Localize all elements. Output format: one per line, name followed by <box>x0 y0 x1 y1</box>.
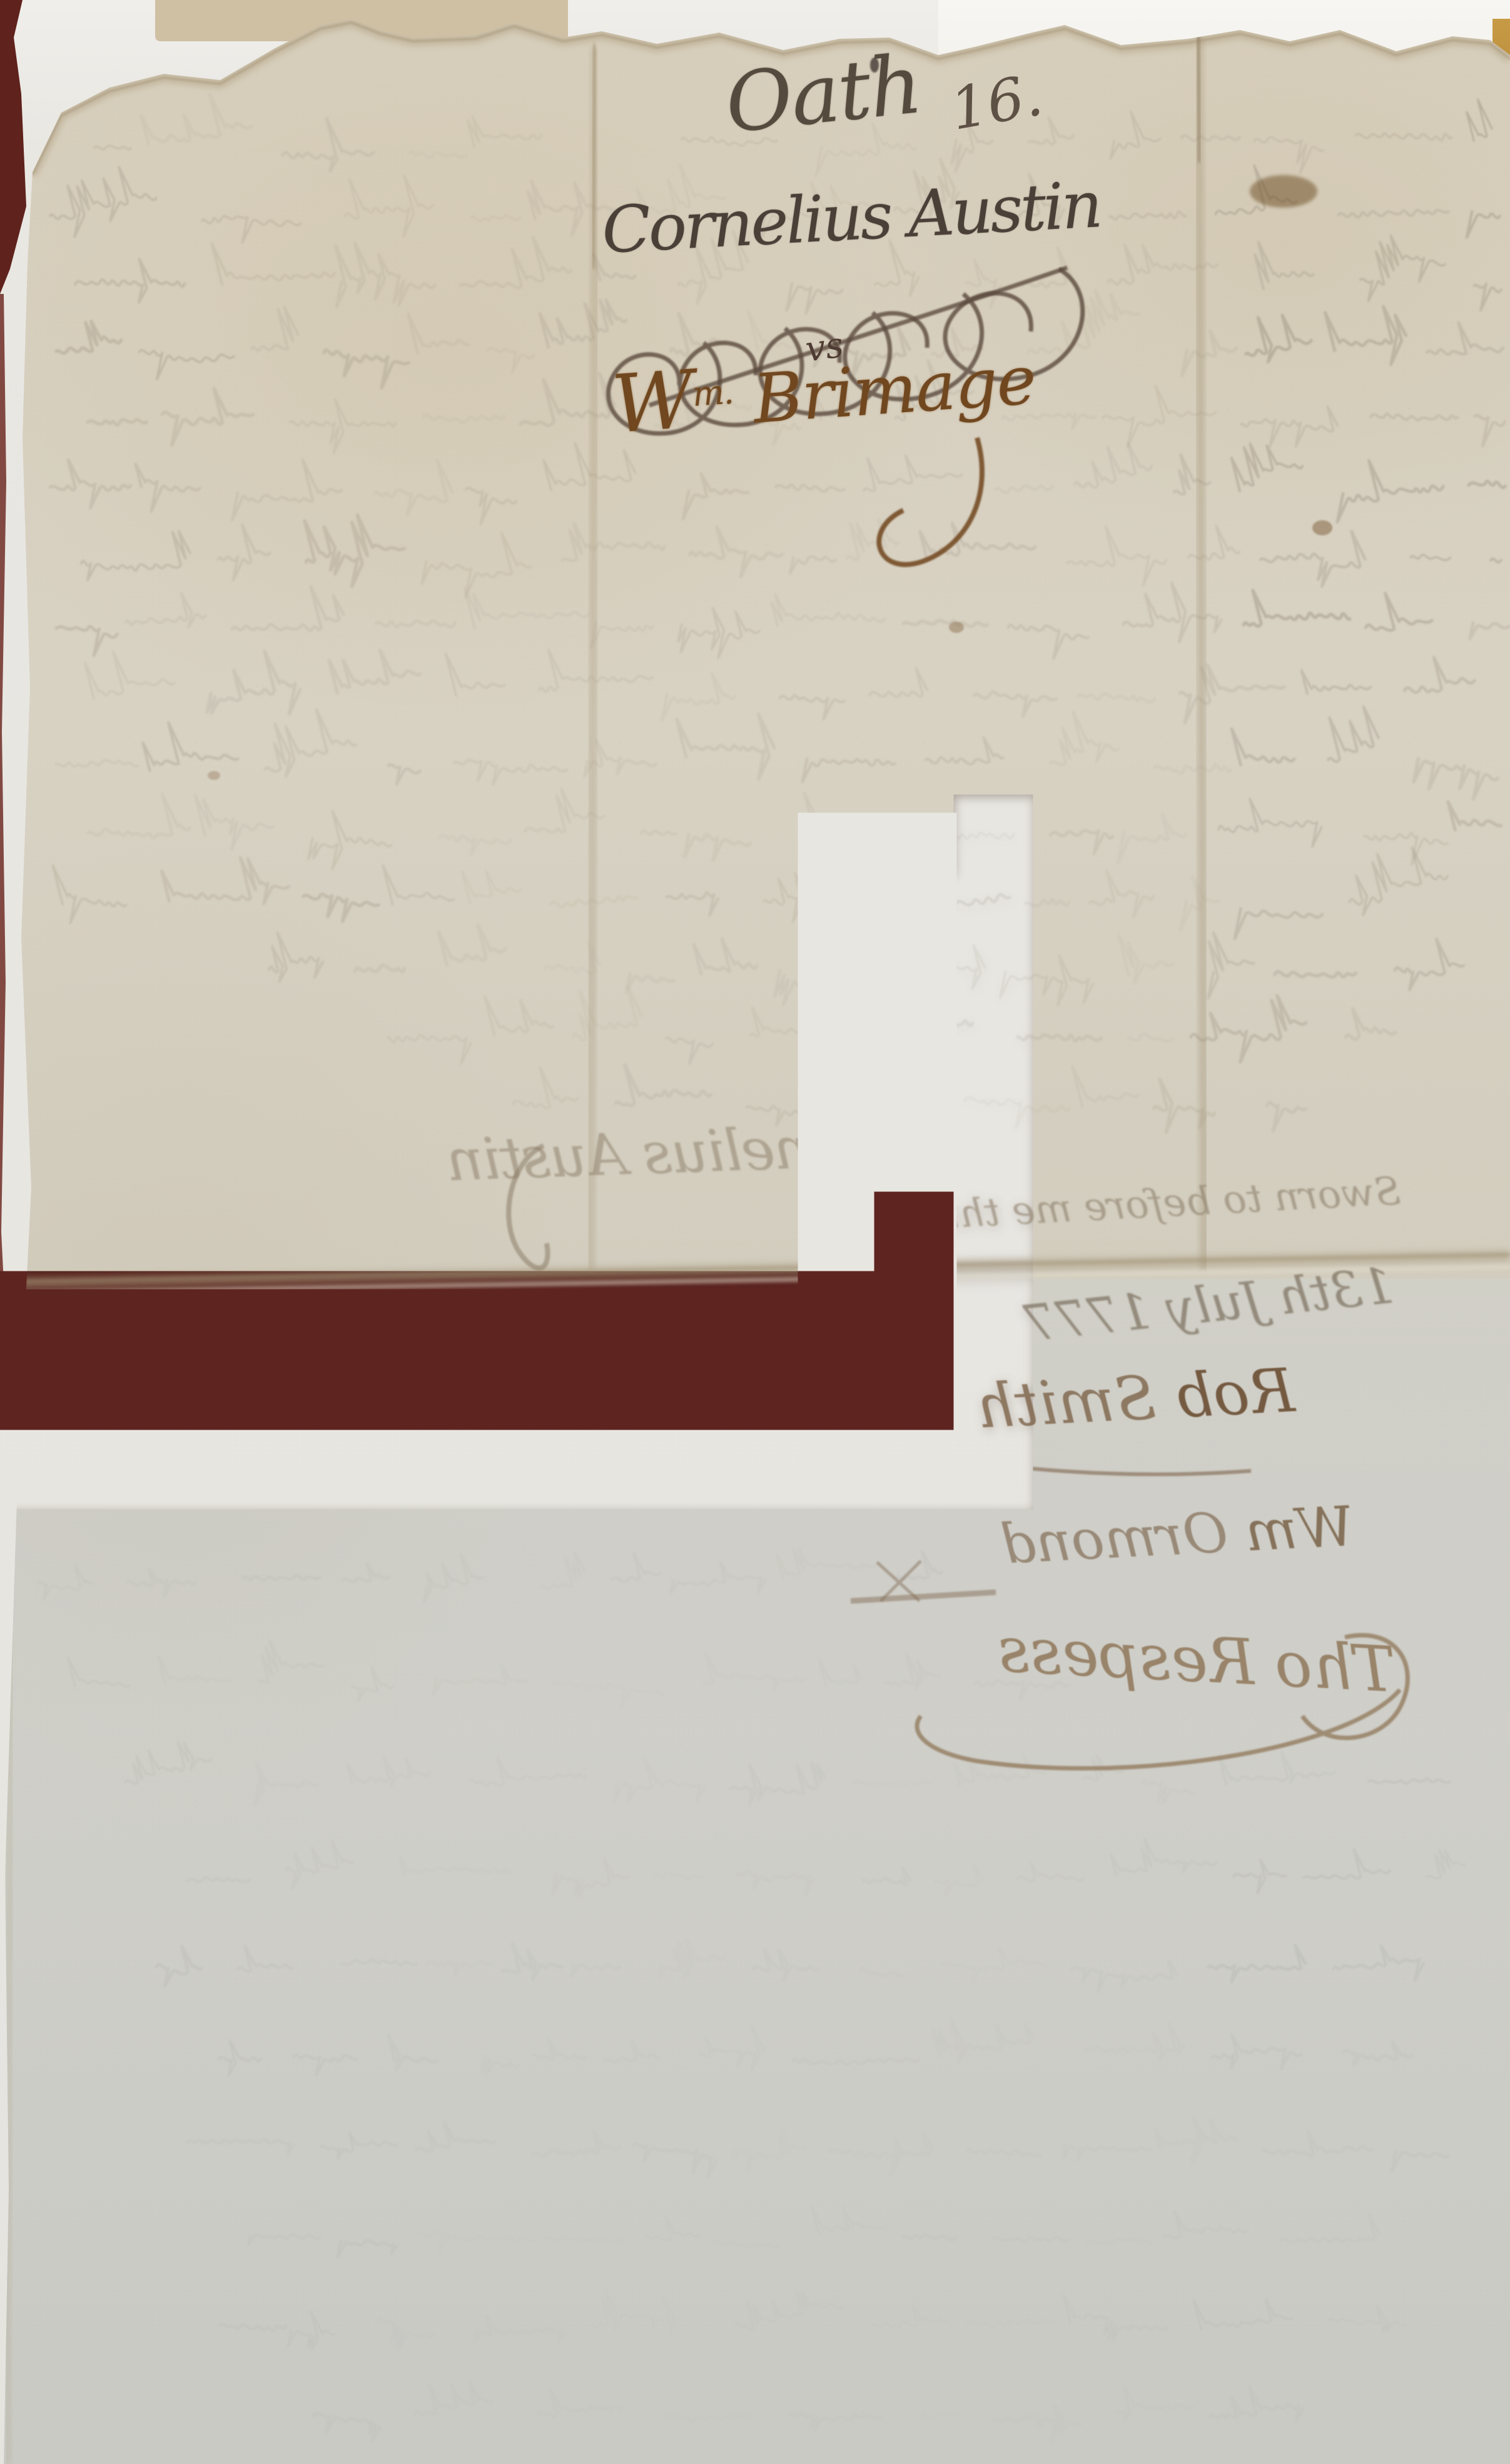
rust-speck <box>208 771 220 780</box>
bleedthrough-scrawl-line <box>81 515 1501 597</box>
vertical-crease-left-dark <box>593 44 595 269</box>
bleedthrough-brace: { <box>796 1184 887 1356</box>
bleedthrough-scrawl-line <box>188 2119 1448 2177</box>
vertical-crease-right-dark <box>1198 22 1200 163</box>
ink-dot-mid <box>949 622 964 633</box>
defendant-superscript: m. <box>691 372 734 414</box>
photograph-of-manuscript: Cornelius Austin Sworn to before me this… <box>0 0 1510 2464</box>
bleedthrough-scrawl-line <box>88 789 1501 869</box>
ink-blotch <box>1250 175 1317 208</box>
signature-1-rest: Smith <box>974 1361 1177 1442</box>
bleedthrough-scrawl-line <box>94 94 541 171</box>
signature-3-start: Tho <box>1273 1627 1396 1707</box>
bleedthrough-scrawl-line <box>53 847 1448 939</box>
bleedthrough-scrawl-line <box>56 583 1509 659</box>
signature1-paraph <box>920 1456 1251 1496</box>
docket-heading: Oath <box>722 43 925 144</box>
bleedthrough-scrawl-line <box>269 925 1464 1006</box>
signature-3-rest: Respess <box>996 1613 1277 1700</box>
bleedthrough-scrawl-line <box>188 1839 1465 1896</box>
bleedthrough-scrawl-line <box>156 1941 1423 1992</box>
ink-dot-right <box>1312 520 1332 535</box>
bleedthrough-scrawl-line <box>219 2290 1406 2350</box>
bleedthrough-scrawl-line <box>219 2019 1411 2078</box>
signature2-underline <box>851 1592 996 1601</box>
signature-2-start: Wm <box>1244 1494 1355 1564</box>
signature-1-start: Rob <box>1173 1355 1296 1431</box>
defendant-initial: W <box>609 354 696 452</box>
bleedthrough-scrawl-line <box>388 986 1396 1065</box>
manuscript-sheet: Cornelius Austin Sworn to before me this… <box>0 0 1510 2464</box>
bleedthrough-scrawl-line <box>50 443 1505 524</box>
docket-number: 16. <box>946 66 1046 139</box>
signature-2-rest: Ormond <box>999 1500 1247 1577</box>
bleedthrough-scrawl-line <box>313 2381 1303 2440</box>
bleedthrough-scrawl-line <box>56 707 1497 799</box>
vertical-crease-right <box>1198 22 1204 1270</box>
bleedthrough-scrawl-line <box>85 649 1474 723</box>
bleedthrough-scrawl-line <box>248 2207 1380 2258</box>
